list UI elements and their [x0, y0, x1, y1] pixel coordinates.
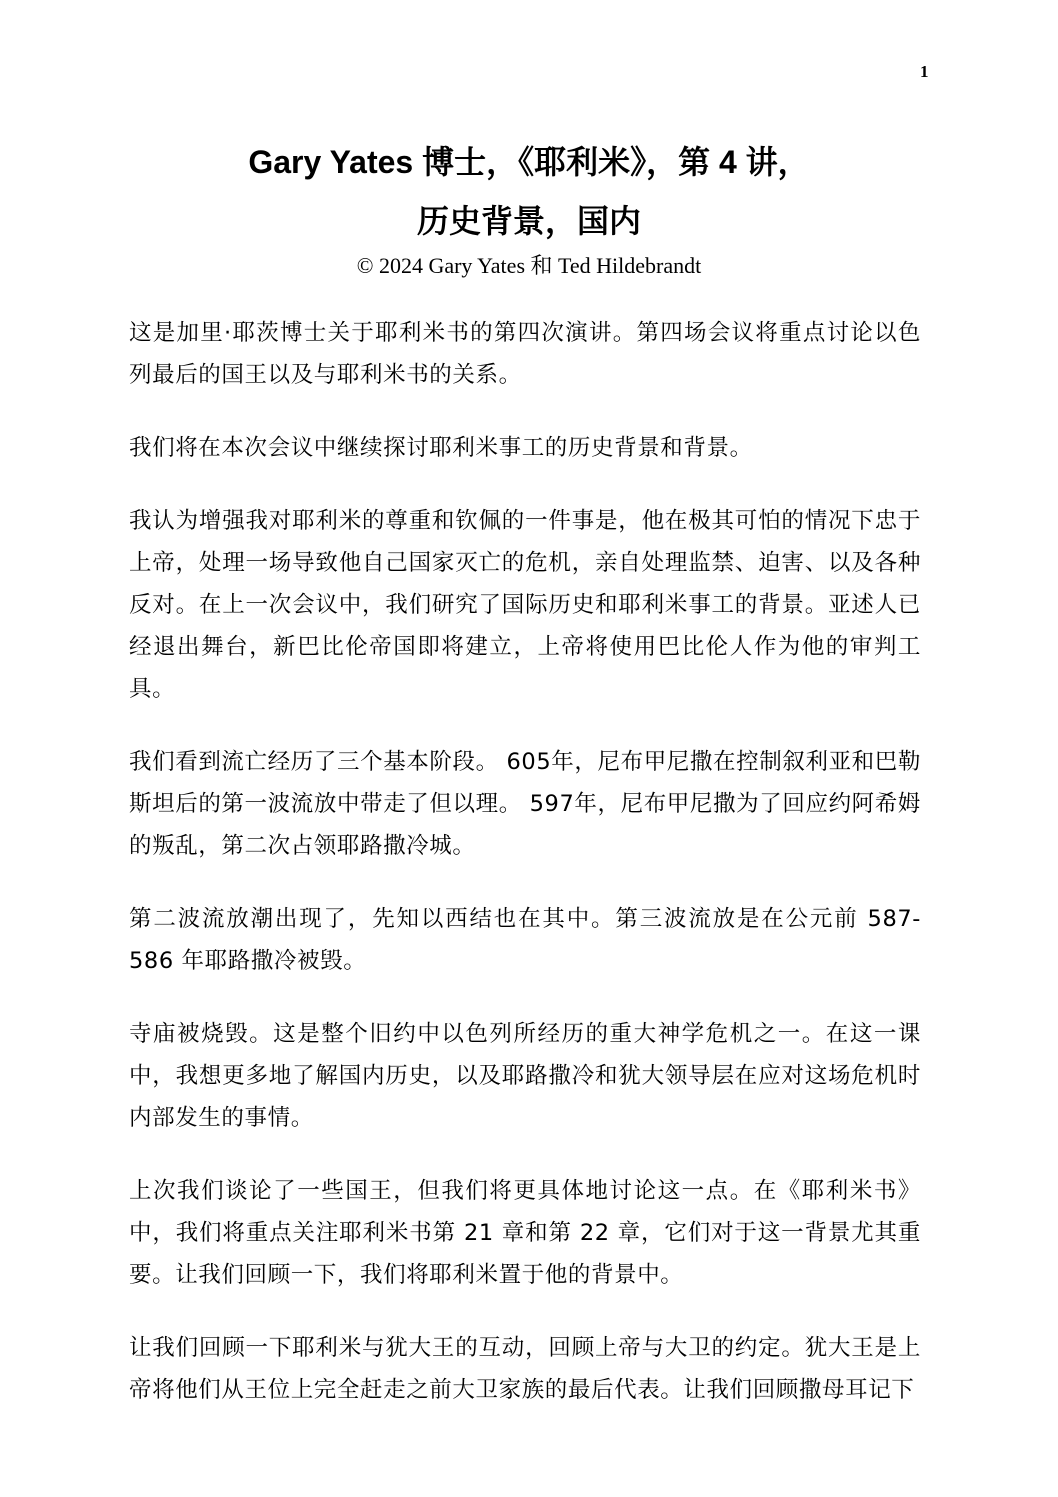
document-body: 这是加里·耶茨博士关于耶利米书的第四次演讲。第四场会议将重点讨论以色列最后的国王…: [129, 312, 921, 1442]
paragraph: 我们看到流亡经历了三个基本阶段。 605年，尼布甲尼撒在控制叙利亚和巴勒斯坦后的…: [129, 741, 921, 867]
paragraph: 让我们回顾一下耶利米与犹大王的互动，回顾上帝与大卫的约定。犹大王是上帝将他们从王…: [129, 1327, 921, 1411]
paragraph: 第二波流放潮出现了，先知以西结也在其中。第三波流放是在公元前 587-586 年…: [129, 898, 921, 982]
paragraph: 上次我们谈论了一些国王，但我们将更具体地讨论这一点。在《耶利米书》中，我们将重点…: [129, 1170, 921, 1296]
paragraph: 这是加里·耶茨博士关于耶利米书的第四次演讲。第四场会议将重点讨论以色列最后的国王…: [129, 312, 921, 396]
paragraph: 我认为增强我对耶利米的尊重和钦佩的一件事是，他在极其可怕的情况下忠于上帝，处理一…: [129, 500, 921, 710]
paragraph: 寺庙被烧毁。这是整个旧约中以色列所经历的重大神学危机之一。在这一课中，我想更多地…: [129, 1013, 921, 1139]
document-title-line-1: Gary Yates 博士，《耶利米》，第 4 讲，: [0, 142, 1058, 182]
page-number: 1: [920, 62, 929, 82]
paragraph: 我们将在本次会议中继续探讨耶利米事工的历史背景和背景。: [129, 427, 921, 469]
document-title-line-2: 历史背景，国内: [0, 201, 1058, 241]
copyright-notice: © 2024 Gary Yates 和 Ted Hildebrandt: [0, 252, 1058, 280]
